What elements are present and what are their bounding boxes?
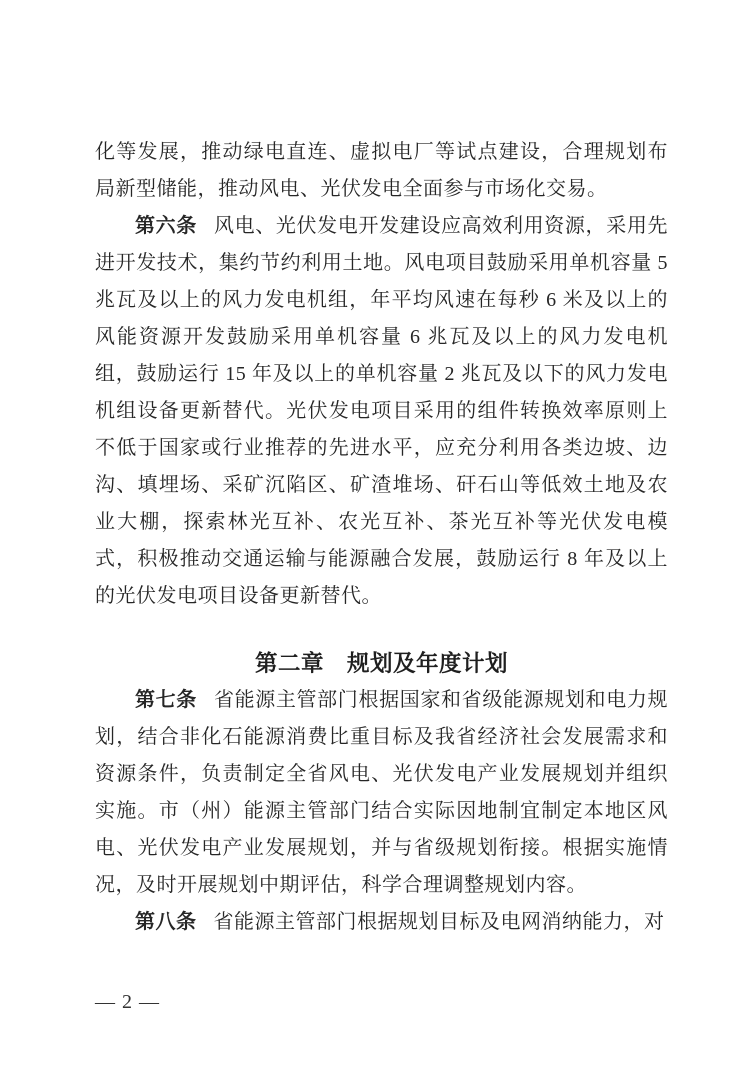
article-8-text: 省能源主管部门根据规划目标及电网消纳能力，对 [214,911,665,933]
document-body: 化等发展，推动绿电直连、虚拟电厂等试点建设，合理规划布局新型储能，推动风电、光伏… [95,134,668,941]
article-7-label: 第七条 [135,689,197,711]
page-number: — 2 — [95,990,160,1014]
document-page: 化等发展，推动绿电直连、虚拟电厂等试点建设，合理规划布局新型储能，推动风电、光伏… [0,0,756,1068]
article-8-label: 第八条 [135,911,197,933]
article-7-text: 省能源主管部门根据国家和省级能源规划和电力规划，结合非化石能源消费比重目标及我省… [95,689,668,896]
article-6-label: 第六条 [135,215,197,237]
article-6-text: 风电、光伏发电开发建设应高效利用资源，采用先进开发技术，集约节约利用土地。风电项… [95,215,668,607]
chapter-2-heading: 第二章 规划及年度计划 [95,645,668,682]
paragraph-article-7: 第七条省能源主管部门根据国家和省级能源规划和电力规划，结合非化石能源消费比重目标… [95,682,668,904]
paragraph-article-8: 第八条省能源主管部门根据规划目标及电网消纳能力，对 [95,904,668,941]
paragraph-continuation: 化等发展，推动绿电直连、虚拟电厂等试点建设，合理规划布局新型储能，推动风电、光伏… [95,134,668,208]
paragraph-article-6: 第六条风电、光伏发电开发建设应高效利用资源，采用先进开发技术，集约节约利用土地。… [95,208,668,615]
